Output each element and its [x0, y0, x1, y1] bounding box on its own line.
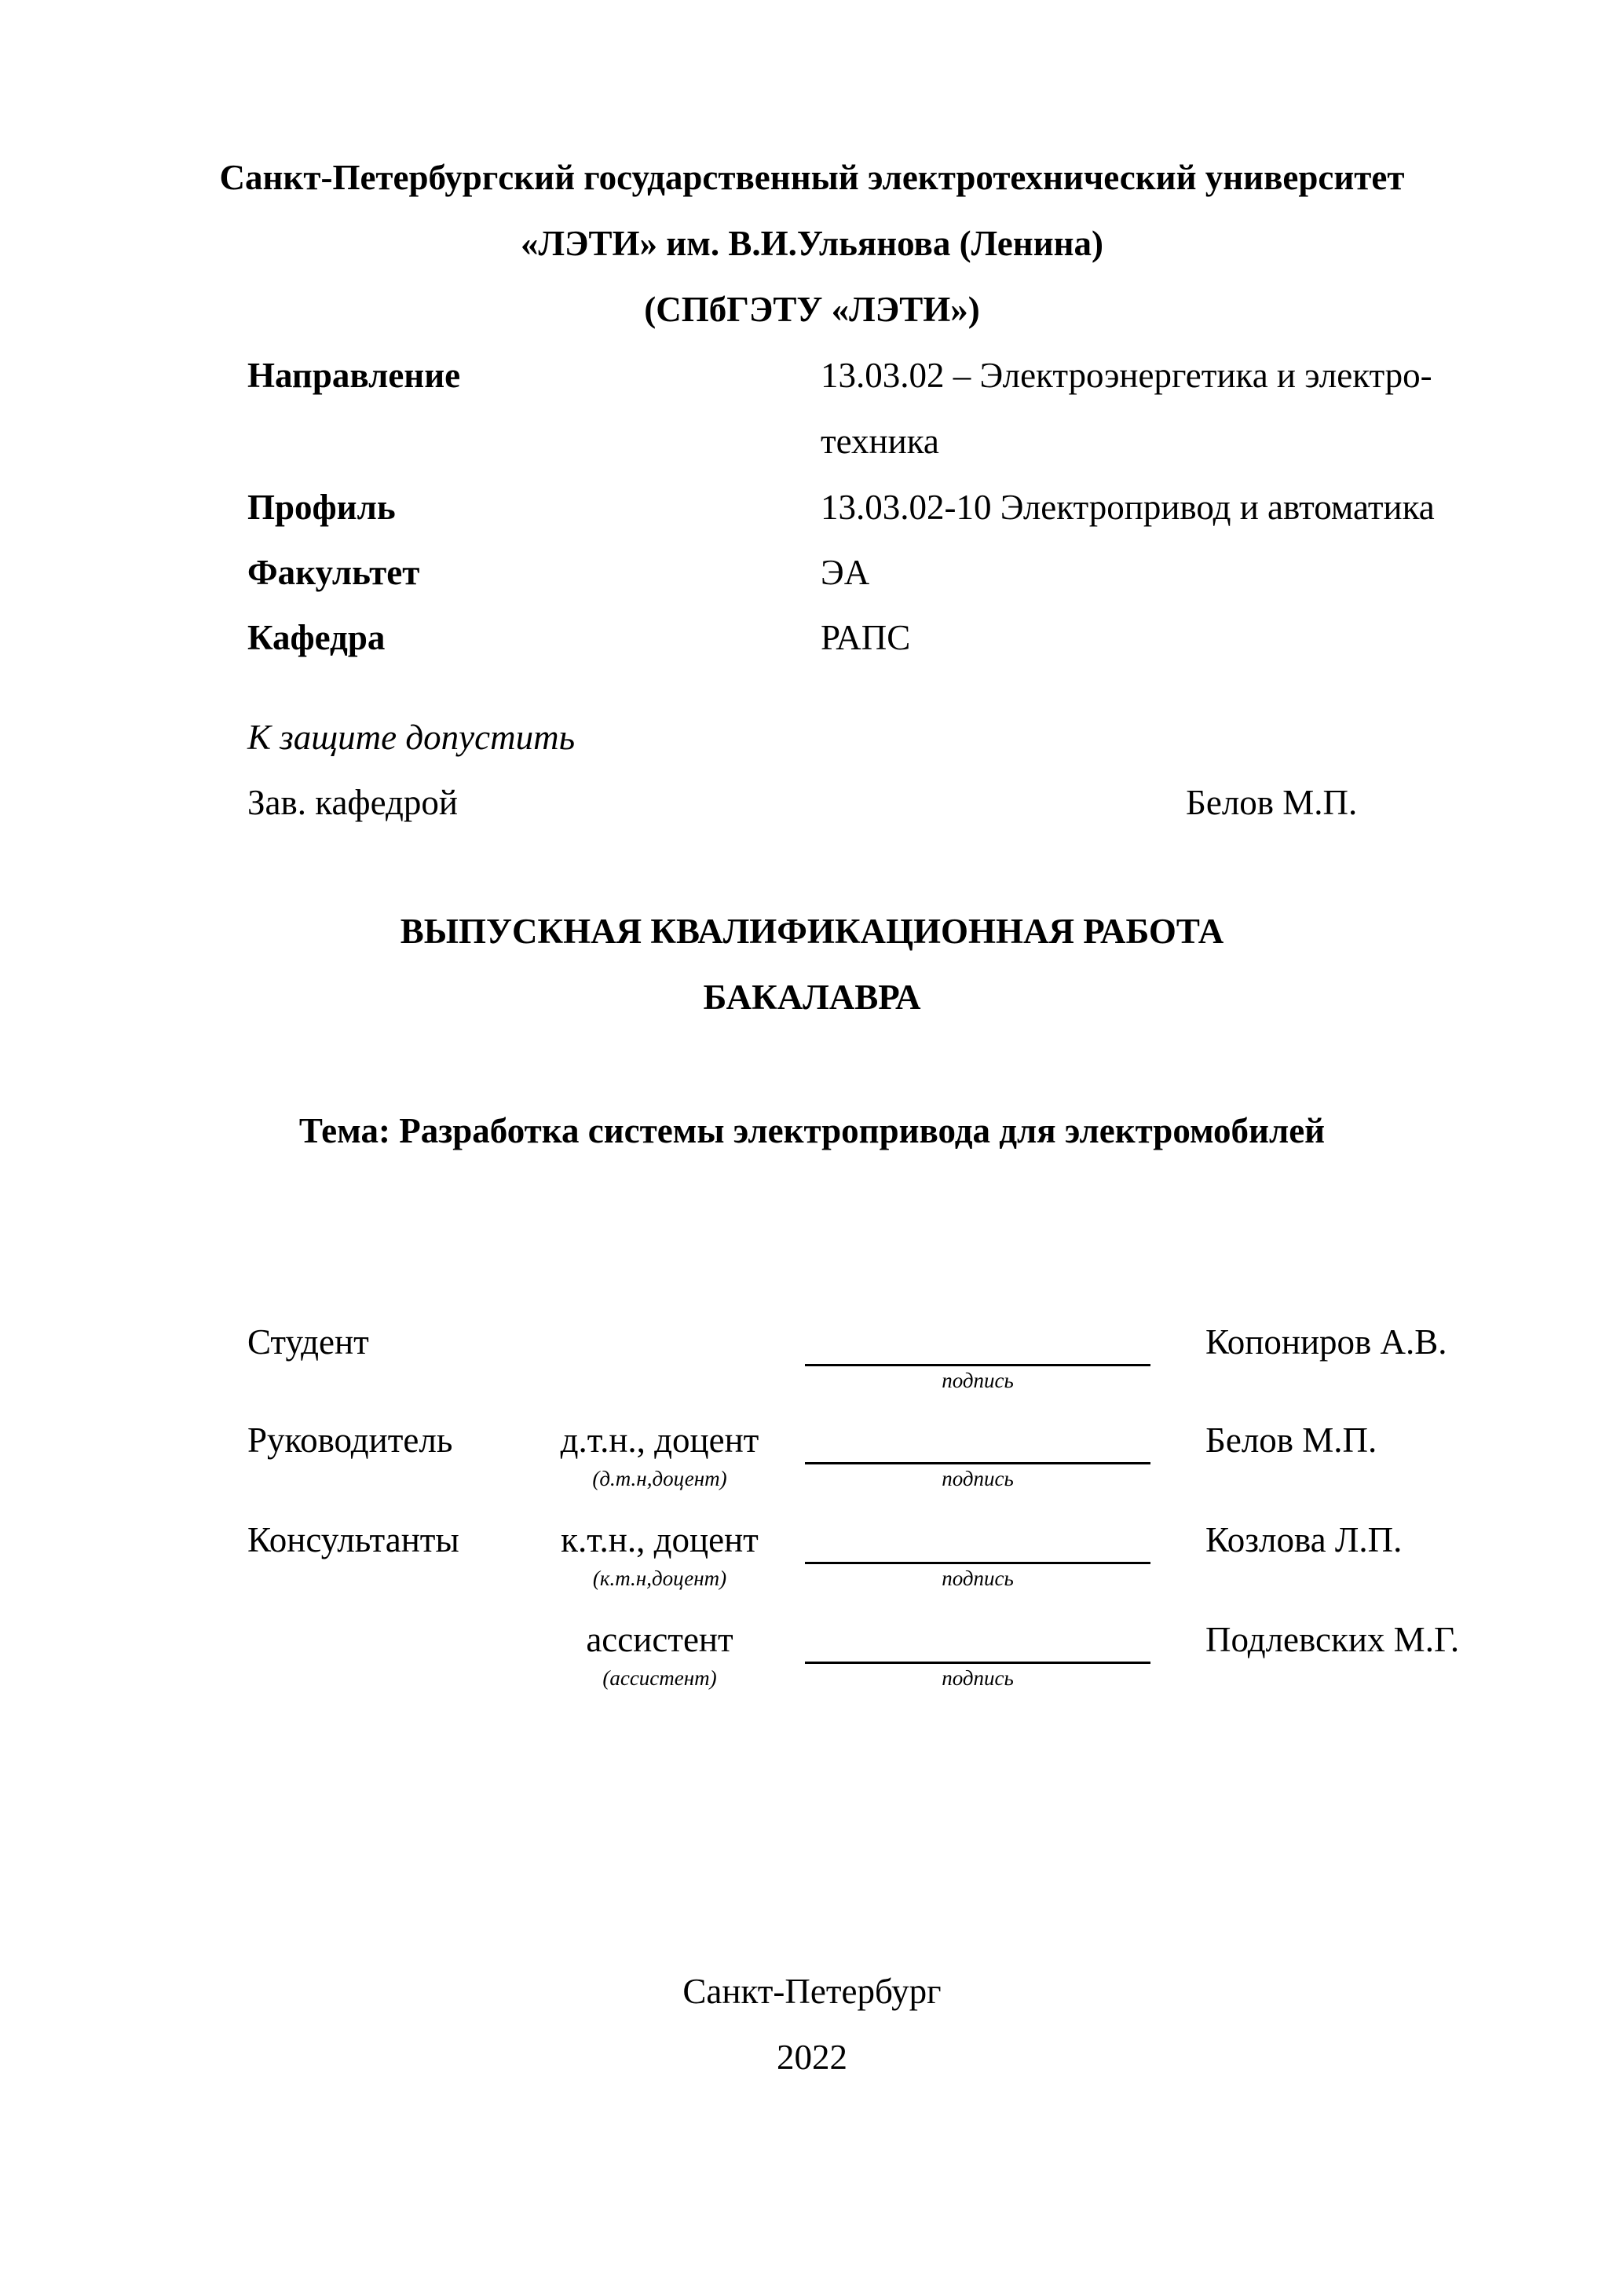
signature-line-consultant-1	[805, 1562, 1150, 1564]
signature-hint-consultant-2: подпись	[805, 1666, 1150, 1691]
signature-name-consultant-2: Подлевских М.Г.	[1205, 1619, 1459, 1660]
signature-degree-hint-consultant-2: (ассистент)	[534, 1666, 785, 1691]
topic: Тема: Разработка системы электропривода …	[0, 1110, 1624, 1151]
university-short-name: «ЛЭТИ» им. В.И.Ульянова (Ленина)	[0, 223, 1624, 264]
direction-value: 13.03.02 – Электроэнергетика и электро-	[821, 355, 1432, 396]
footer-year: 2022	[0, 2037, 1624, 2078]
signature-role-supervisor: Руководитель	[247, 1420, 452, 1461]
faculty-value: ЭА	[821, 552, 869, 593]
faculty-label: Факультет	[247, 552, 419, 593]
approval-role: Зав. кафедрой	[247, 782, 458, 823]
signature-name-supervisor: Белов М.П.	[1205, 1420, 1377, 1461]
signature-degree-hint-supervisor: (д.т.н,доцент)	[534, 1467, 785, 1491]
department-value: РАПС	[821, 617, 910, 658]
signature-role-consultants: Консультанты	[247, 1519, 459, 1560]
department-label: Кафедра	[247, 617, 385, 658]
direction-value-continued: техника	[821, 421, 939, 462]
signature-degree-hint-consultant-1: (к.т.н,доцент)	[534, 1567, 785, 1591]
signature-line-student	[805, 1364, 1150, 1366]
signature-line-supervisor	[805, 1462, 1150, 1464]
work-title-line2: БАКАЛАВРА	[0, 977, 1624, 1018]
signature-degree-consultant-2: ассистент	[534, 1619, 785, 1660]
direction-label: Направление	[247, 355, 460, 396]
signature-degree-consultant-1: к.т.н., доцент	[534, 1519, 785, 1560]
approval-title: К защите допустить	[247, 717, 575, 758]
approval-name: Белов М.П.	[1186, 782, 1357, 823]
signature-hint-student: подпись	[805, 1369, 1150, 1393]
university-name: Санкт-Петербургский государственный элек…	[0, 157, 1624, 198]
signature-degree-supervisor: д.т.н., доцент	[534, 1420, 785, 1461]
signature-hint-supervisor: подпись	[805, 1467, 1150, 1491]
signature-role-student: Студент	[247, 1322, 369, 1362]
signature-line-consultant-2	[805, 1662, 1150, 1664]
university-abbreviation: (СПбГЭТУ «ЛЭТИ»)	[0, 289, 1624, 330]
profile-label: Профиль	[247, 487, 396, 528]
footer-city: Санкт-Петербург	[0, 1971, 1624, 2012]
work-title-line1: ВЫПУСКНАЯ КВАЛИФИКАЦИОННАЯ РАБОТА	[0, 911, 1624, 952]
signature-hint-consultant-1: подпись	[805, 1567, 1150, 1591]
profile-value: 13.03.02-10 Электропривод и автоматика	[821, 487, 1435, 528]
signature-name-student: Копониров А.В.	[1205, 1322, 1447, 1362]
signature-name-consultant-1: Козлова Л.П.	[1205, 1519, 1402, 1560]
